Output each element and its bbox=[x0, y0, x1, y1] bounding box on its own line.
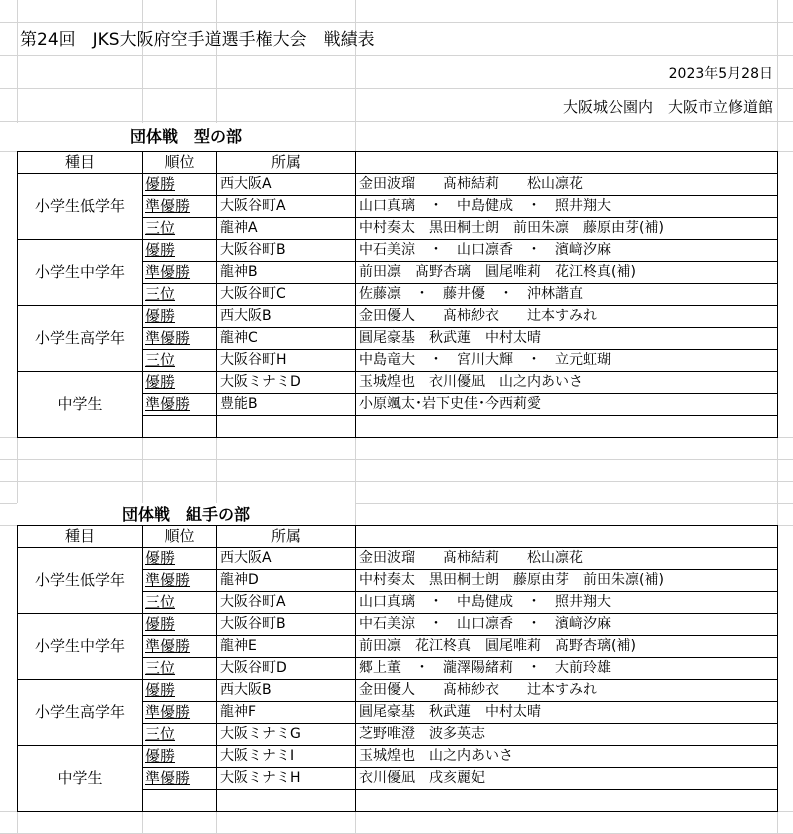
team-cell: 大阪谷町C bbox=[217, 284, 356, 306]
category-cell: 小学生低学年 bbox=[18, 174, 143, 240]
members-cell: 中石美涼 ・ 山口凛香 ・ 濱﨑汐麻 bbox=[356, 240, 778, 262]
rank-cell: 準優勝 bbox=[143, 570, 217, 592]
table-row: 小学生低学年 優勝 西大阪A 金田波瑠 髙柿結莉 松山凛花 bbox=[18, 174, 778, 196]
section-title-kata: 団体戦 型の部 bbox=[17, 123, 355, 151]
team-cell: 龍神C bbox=[217, 328, 356, 350]
members-cell: 前田凛 花江柊真 圓尾唯莉 髙野杏璃(補) bbox=[356, 636, 778, 658]
rank-cell: 準優勝 bbox=[143, 702, 217, 724]
rank-cell: 優勝 bbox=[143, 680, 217, 702]
team-cell: 大阪ミナミI bbox=[217, 746, 356, 768]
header-category: 種目 bbox=[18, 152, 143, 174]
team-cell: 大阪谷町A bbox=[217, 592, 356, 614]
category-cell: 中学生 bbox=[18, 746, 143, 812]
team-cell: 大阪谷町A bbox=[217, 196, 356, 218]
rank-cell: 三位 bbox=[143, 284, 217, 306]
rank-cell: 優勝 bbox=[143, 746, 217, 768]
members-cell: 山口真璃 ・ 中島健成 ・ 照井翔大 bbox=[356, 196, 778, 218]
members-cell: 金田優人 髙柿紗衣 辻本すみれ bbox=[356, 306, 778, 328]
members-cell: 圓尾豪基 秋武蓮 中村太晴 bbox=[356, 328, 778, 350]
rank-cell bbox=[143, 790, 217, 812]
header-rank: 順位 bbox=[143, 152, 217, 174]
team-cell bbox=[217, 790, 356, 812]
rank-cell: 準優勝 bbox=[143, 394, 217, 416]
header-members bbox=[356, 152, 778, 174]
category-cell: 小学生高学年 bbox=[18, 680, 143, 746]
team-cell: 西大阪A bbox=[217, 174, 356, 196]
team-cell: 龍神A bbox=[217, 218, 356, 240]
members-cell: 小原颯太･岩下史佳･今西莉愛 bbox=[356, 394, 778, 416]
rank-cell: 優勝 bbox=[143, 174, 217, 196]
category-cell: 小学生高学年 bbox=[18, 306, 143, 372]
members-cell bbox=[356, 416, 778, 438]
members-cell: 衣川優凪 戌亥麗妃 bbox=[356, 768, 778, 790]
team-cell: 大阪谷町H bbox=[217, 350, 356, 372]
team-cell: 豊能B bbox=[217, 394, 356, 416]
team-cell: 龍神B bbox=[217, 262, 356, 284]
members-cell: 玉城煌也 山之内あいさ bbox=[356, 746, 778, 768]
team-cell: 龍神D bbox=[217, 570, 356, 592]
members-cell: 芝野唯澄 波多英志 bbox=[356, 724, 778, 746]
rank-cell: 三位 bbox=[143, 592, 217, 614]
team-cell: 大阪ミナミD bbox=[217, 372, 356, 394]
table-row: 小学生高学年 優勝 西大阪B 金田優人 髙柿紗衣 辻本すみれ bbox=[18, 680, 778, 702]
team-cell: 大阪ミナミG bbox=[217, 724, 356, 746]
team-cell: 大阪ミナミH bbox=[217, 768, 356, 790]
members-cell: 中村奏太 黒田桐士朗 藤原由芽 前田朱凛(補) bbox=[356, 570, 778, 592]
table-row: 中学生 優勝 大阪ミナミD 玉城煌也 衣川優凪 山之内あいさ bbox=[18, 372, 778, 394]
category-cell: 中学生 bbox=[18, 372, 143, 438]
rank-cell: 三位 bbox=[143, 658, 217, 680]
table-header-row: 種目 順位 所属 bbox=[18, 526, 778, 548]
members-cell: 圓尾豪基 秋武蓮 中村太晴 bbox=[356, 702, 778, 724]
team-cell: 龍神F bbox=[217, 702, 356, 724]
rank-cell: 三位 bbox=[143, 724, 217, 746]
members-cell: 金田波瑠 髙柿結莉 松山凛花 bbox=[356, 548, 778, 570]
category-cell: 小学生低学年 bbox=[18, 548, 143, 614]
document-title: 第24回 JKS大阪府空手道選手権大会 戦績表 bbox=[20, 22, 375, 55]
members-cell bbox=[356, 790, 778, 812]
rank-cell: 三位 bbox=[143, 218, 217, 240]
team-cell: 西大阪B bbox=[217, 306, 356, 328]
team-cell: 西大阪A bbox=[217, 548, 356, 570]
table-row: 中学生 優勝 大阪ミナミI 玉城煌也 山之内あいさ bbox=[18, 746, 778, 768]
members-cell: 郷上董 ・ 瀧澤陽緒莉 ・ 大前玲雄 bbox=[356, 658, 778, 680]
section-title-kumite: 団体戦 組手の部 bbox=[17, 503, 355, 525]
category-cell: 小学生中学年 bbox=[18, 614, 143, 680]
rank-cell: 準優勝 bbox=[143, 328, 217, 350]
table-row: 小学生低学年 優勝 西大阪A 金田波瑠 髙柿結莉 松山凛花 bbox=[18, 548, 778, 570]
rank-cell: 優勝 bbox=[143, 614, 217, 636]
results-table-kata: 種目 順位 所属 小学生低学年 優勝 西大阪A 金田波瑠 髙柿結莉 松山凛花 準… bbox=[17, 151, 778, 438]
members-cell: 中島竜大 ・ 宮川大輝 ・ 立元虹瑚 bbox=[356, 350, 778, 372]
rank-cell: 準優勝 bbox=[143, 636, 217, 658]
header-team: 所属 bbox=[217, 152, 356, 174]
table-header-row: 種目 順位 所属 bbox=[18, 152, 778, 174]
table-row: 小学生中学年 優勝 大阪谷町B 中石美涼 ・ 山口凛香 ・ 濱﨑汐麻 bbox=[18, 614, 778, 636]
event-date: 2023年5月28日 bbox=[669, 55, 773, 88]
rank-cell: 準優勝 bbox=[143, 262, 217, 284]
team-cell: 西大阪B bbox=[217, 680, 356, 702]
rank-cell: 優勝 bbox=[143, 548, 217, 570]
rank-cell bbox=[143, 416, 217, 438]
rank-cell: 準優勝 bbox=[143, 196, 217, 218]
members-cell: 中村奏太 黒田桐士朗 前田朱凛 藤原由芽(補) bbox=[356, 218, 778, 240]
rank-cell: 三位 bbox=[143, 350, 217, 372]
table-row: 小学生中学年 優勝 大阪谷町B 中石美涼 ・ 山口凛香 ・ 濱﨑汐麻 bbox=[18, 240, 778, 262]
team-cell: 龍神E bbox=[217, 636, 356, 658]
header-category: 種目 bbox=[18, 526, 143, 548]
members-cell: 金田優人 髙柿紗衣 辻本すみれ bbox=[356, 680, 778, 702]
members-cell: 金田波瑠 髙柿結莉 松山凛花 bbox=[356, 174, 778, 196]
rank-cell: 優勝 bbox=[143, 306, 217, 328]
team-cell: 大阪谷町B bbox=[217, 240, 356, 262]
header-rank: 順位 bbox=[143, 526, 217, 548]
results-table-kumite: 種目 順位 所属 小学生低学年 優勝 西大阪A 金田波瑠 髙柿結莉 松山凛花 準… bbox=[17, 525, 778, 812]
table-row: 小学生高学年 優勝 西大阪B 金田優人 髙柿紗衣 辻本すみれ bbox=[18, 306, 778, 328]
category-cell: 小学生中学年 bbox=[18, 240, 143, 306]
members-cell: 前田凛 髙野杏璃 圓尾唯莉 花江柊真(補) bbox=[356, 262, 778, 284]
rank-cell: 準優勝 bbox=[143, 768, 217, 790]
rank-cell: 優勝 bbox=[143, 240, 217, 262]
team-cell: 大阪谷町D bbox=[217, 658, 356, 680]
members-cell: 佐藤凛 ・ 藤井優 ・ 沖林諧直 bbox=[356, 284, 778, 306]
team-cell: 大阪谷町B bbox=[217, 614, 356, 636]
event-venue: 大阪城公園内 大阪市立修道館 bbox=[563, 88, 773, 121]
header-members bbox=[356, 526, 778, 548]
members-cell: 中石美涼 ・ 山口凛香 ・ 濱﨑汐麻 bbox=[356, 614, 778, 636]
members-cell: 玉城煌也 衣川優凪 山之内あいさ bbox=[356, 372, 778, 394]
members-cell: 山口真璃 ・ 中島健成 ・ 照井翔大 bbox=[356, 592, 778, 614]
team-cell bbox=[217, 416, 356, 438]
header-team: 所属 bbox=[217, 526, 356, 548]
rank-cell: 優勝 bbox=[143, 372, 217, 394]
